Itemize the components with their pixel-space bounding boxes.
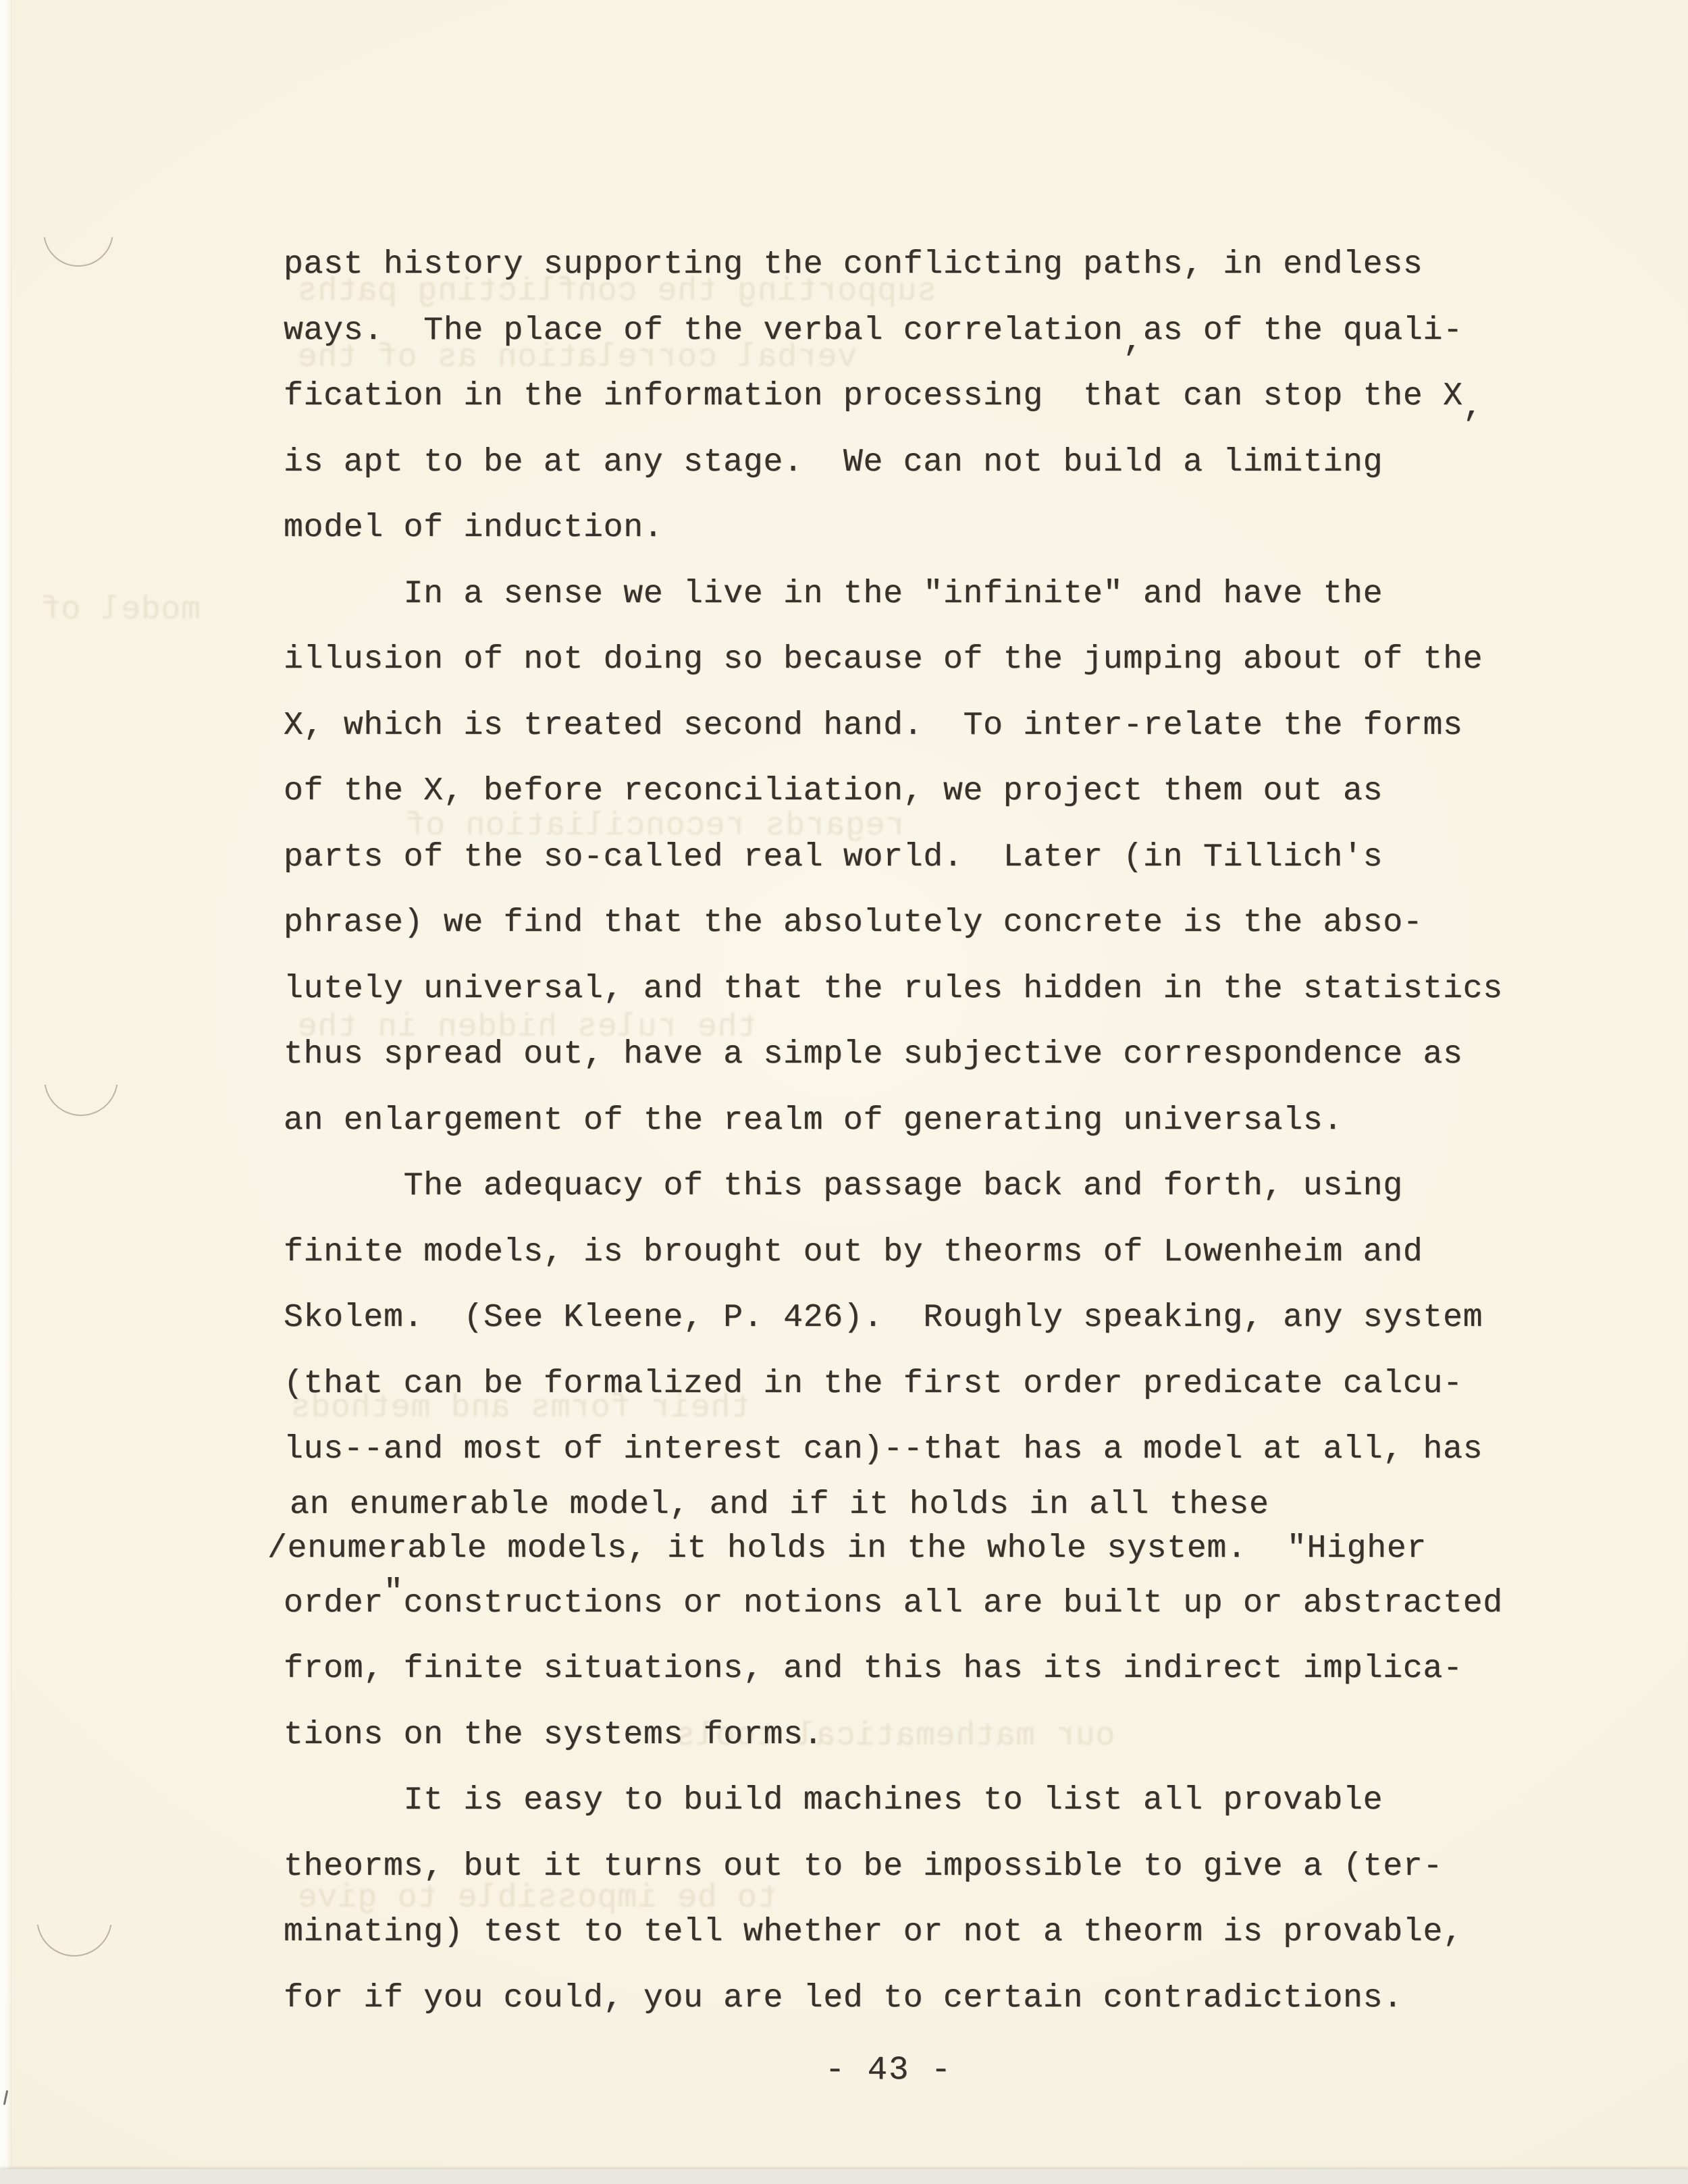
typewritten-text: past history supporting the conflicting … xyxy=(284,232,1472,2031)
text-line: tions on the systems forms. xyxy=(284,1703,1472,1769)
text-line: model of induction. xyxy=(284,496,1472,562)
text-line: finite models, is brought out by theorms… xyxy=(284,1220,1472,1286)
text-line: lutely universal, and that the rules hid… xyxy=(284,957,1472,1023)
text-line: Skolem. (See Kleene, P. 426). Roughly sp… xyxy=(284,1285,1472,1352)
text-line: past history supporting the conflicting … xyxy=(284,232,1472,298)
inserted-low-comma: , xyxy=(1463,389,1483,425)
text-line: order"constructions or notions all are b… xyxy=(284,1571,1472,1637)
page-number: - 43 - xyxy=(825,2037,952,2104)
text-line: thus spread out, have a simple subjectiv… xyxy=(284,1022,1472,1088)
text-line: X, which is treated second hand. To inte… xyxy=(284,693,1472,760)
text-line: of the X, before reconciliation, we proj… xyxy=(284,759,1472,825)
text-line: It is easy to build machines to list all… xyxy=(284,1768,1472,1834)
text-line: illusion of not doing so because of the … xyxy=(284,627,1472,693)
raised-quote-mark: " xyxy=(384,1574,404,1611)
text-line: is apt to be at any stage. We can not bu… xyxy=(284,430,1472,496)
inserted-low-comma: , xyxy=(1123,323,1143,360)
bleedthrough-artifact: model of xyxy=(41,594,201,627)
text-line: parts of the so-called real world. Later… xyxy=(284,825,1472,891)
scan-edge-left xyxy=(0,0,11,2184)
text-line: /enumerable models, it holds in the whol… xyxy=(267,1527,1472,1571)
text-line: (that can be formalized in the first ord… xyxy=(284,1352,1472,1418)
punch-hole xyxy=(43,196,113,267)
scan-edge-bottom xyxy=(0,2169,1688,2184)
text-line: from, finite situations, and this has it… xyxy=(284,1636,1472,1703)
punch-hole xyxy=(36,1881,112,1956)
text-line: In a sense we live in the "infinite" and… xyxy=(284,562,1472,628)
text-line: theorms, but it turns out to be impossib… xyxy=(284,1834,1472,1900)
text-line: an enlargement of the realm of generatin… xyxy=(284,1088,1472,1154)
text-line: an enumerable model, and if it holds in … xyxy=(290,1483,1472,1527)
text-line: The adequacy of this passage back and fo… xyxy=(284,1154,1472,1220)
text-line: phrase) we find that the absolutely conc… xyxy=(284,890,1472,957)
text-line: ways. The place of the verbal correlatio… xyxy=(284,298,1472,365)
text-line: minating) test to tell whether or not a … xyxy=(284,1900,1472,1966)
text-line: fication in the information processing t… xyxy=(284,364,1472,430)
text-line: lus--and most of interest can)--that has… xyxy=(284,1417,1472,1483)
text-line: for if you could, you are led to certain… xyxy=(284,1966,1472,2032)
scanned-page: supporting the conflicting pathsverbal c… xyxy=(0,0,1688,2184)
punch-hole xyxy=(44,1042,118,1116)
